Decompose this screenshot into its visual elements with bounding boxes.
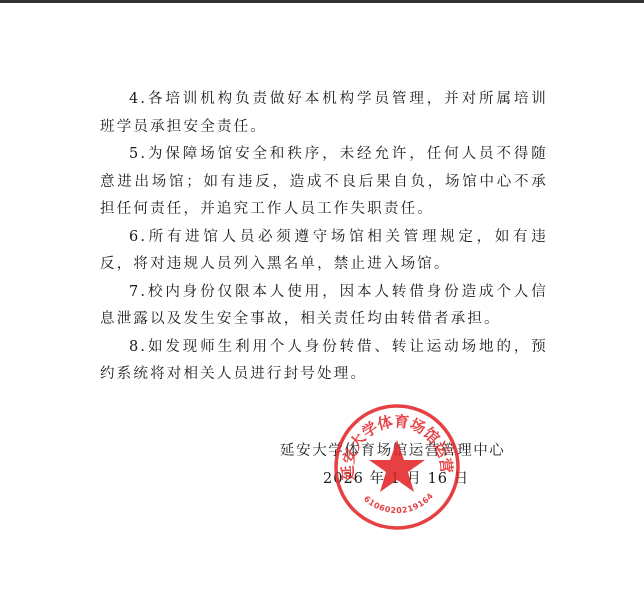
official-seal-icon: 延安大学体育场馆运营管理中心 6106020219164 [332, 402, 462, 532]
paragraph-item-7: 7.校内身份仅限本人使用，因本人转借身份造成个人信息泄露以及发生安全事故，相关责… [100, 279, 548, 334]
paragraph-item-6: 6.所有进馆人员必须遵守场馆相关管理规定，如有违反，将对违规人员列入黑名单，禁止… [100, 224, 548, 279]
seal-number: 6106020219164 [362, 491, 435, 515]
svg-text:6106020219164: 6106020219164 [362, 491, 435, 515]
paragraph-item-4: 4.各培训机构负责做好本机构学员管理，并对所属培训班学员承担安全责任。 [100, 86, 548, 141]
document-body: 4.各培训机构负责做好本机构学员管理，并对所属培训班学员承担安全责任。 5.为保… [100, 86, 548, 389]
paragraph-item-8: 8.如发现师生利用个人身份转借、转让运动场地的，预约系统将对相关人员进行封号处理… [100, 334, 548, 389]
paragraph-item-5: 5.为保障场馆安全和秩序，未经允许，任何人员不得随意进出场馆；如有违反，造成不良… [100, 141, 548, 224]
top-border [0, 0, 644, 3]
